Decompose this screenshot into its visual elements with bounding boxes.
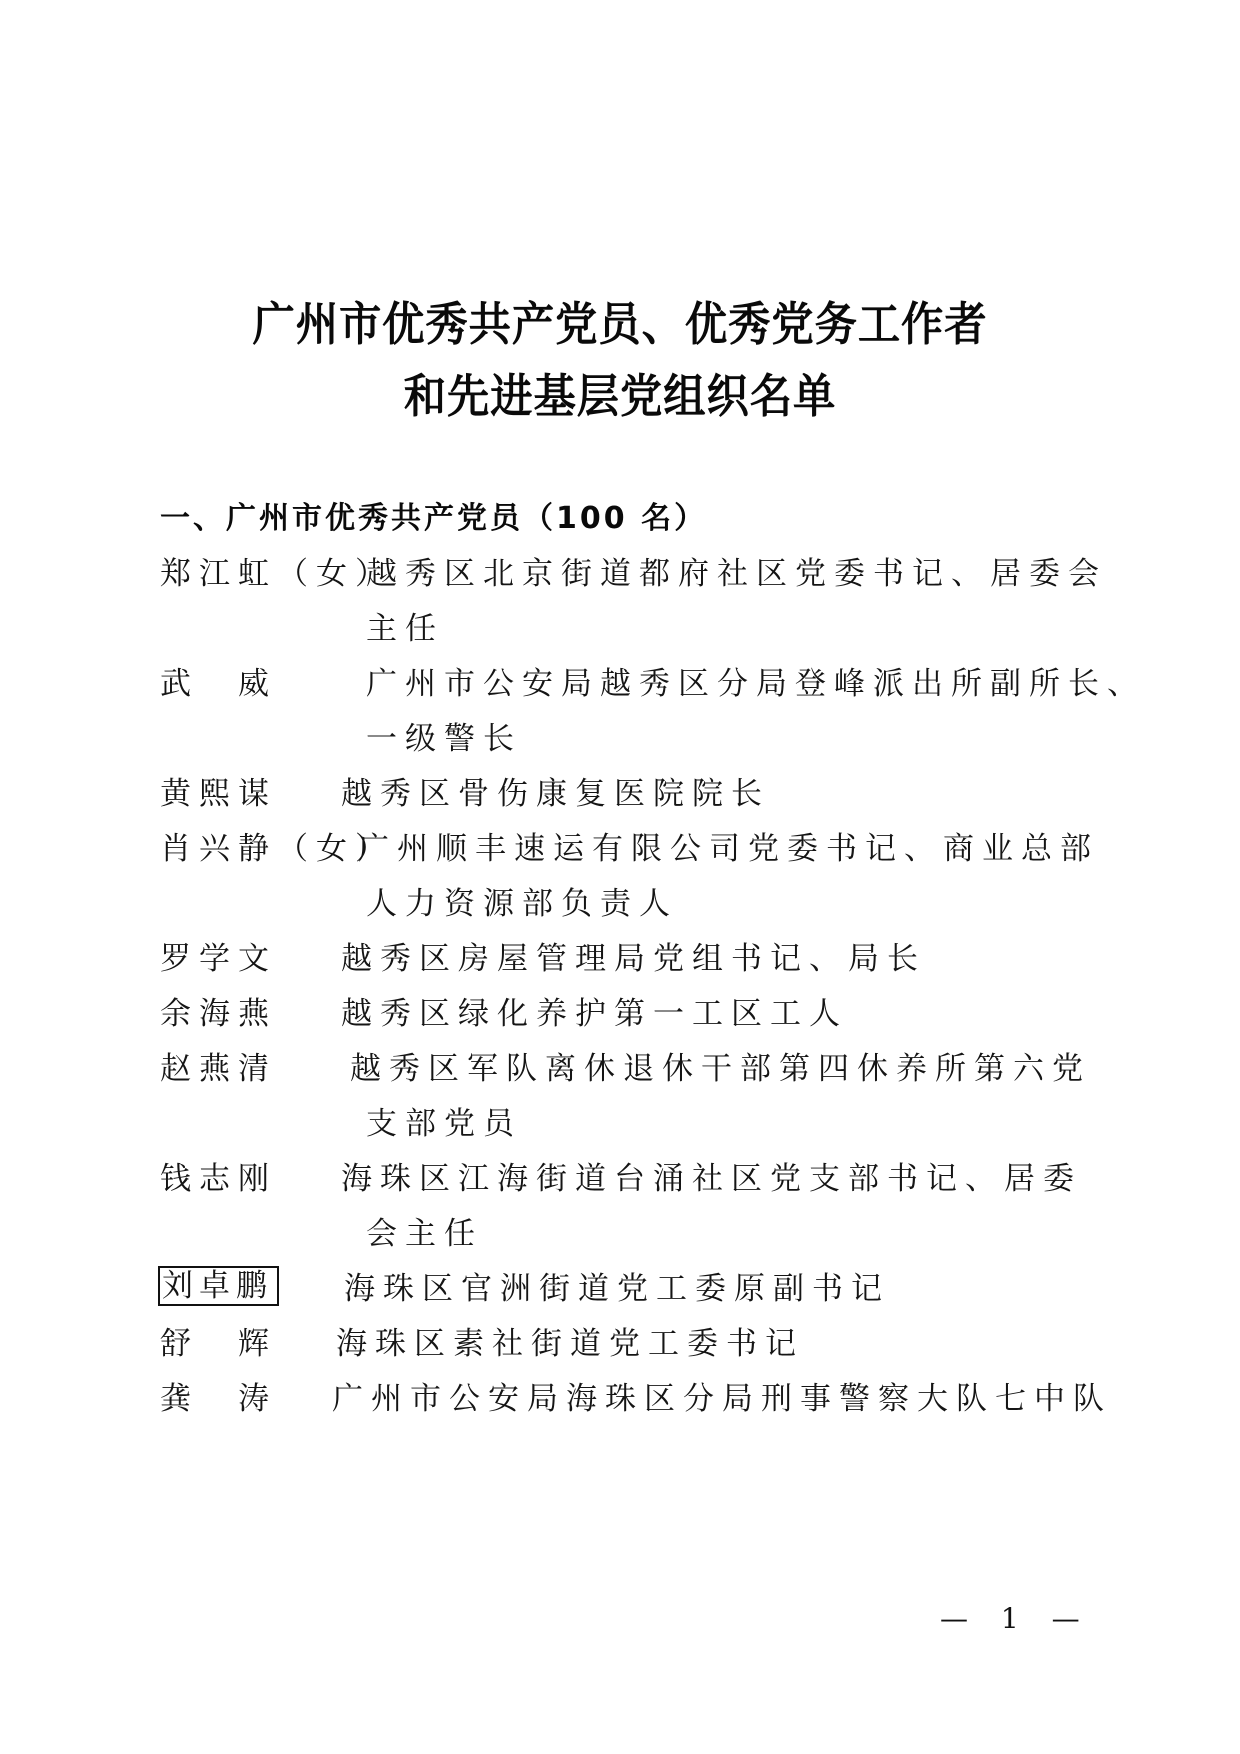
- entry-name-boxed: 刘卓鹏: [158, 1266, 279, 1306]
- section-heading: 一、广州市优秀共产党员（100 名）: [160, 493, 707, 537]
- document-title-line-2: 和先进基层党组织名单: [50, 360, 1191, 426]
- entry-description-line: 越秀区北京街道都府社区党委书记、居委会: [366, 548, 1107, 593]
- entry-description-line: 海珠区官洲街道党工委原副书记: [344, 1263, 890, 1308]
- entry-description-line: 支部党员: [366, 1098, 522, 1143]
- entry-description-line: 广州市公安局海珠区分局刑事警察大队七中队: [332, 1373, 1112, 1418]
- page-number: — 1 —: [940, 1602, 1092, 1635]
- document-page: 广州市优秀共产党员、优秀党务工作者 和先进基层党组织名单 一、广州市优秀共产党员…: [0, 0, 1240, 1754]
- entry-name-boxed-wrapper: 刘卓鹏: [160, 1260, 279, 1305]
- entry-description-line: 海珠区江海街道台涌社区党支部书记、居委: [341, 1153, 1082, 1198]
- entry-name: 郑江虹（女）: [160, 548, 394, 593]
- entry-name: 钱志刚: [160, 1153, 277, 1198]
- entry-name: 余海燕: [160, 988, 277, 1033]
- entry-description-line: 人力资源部负责人: [366, 878, 678, 923]
- entry-description-line: 越秀区绿化养护第一工区工人: [341, 988, 848, 1033]
- entry-name: 赵燕清: [160, 1043, 277, 1088]
- entry-description-line: 会主任: [366, 1208, 483, 1253]
- document-title-line-1: 广州市优秀共产党员、优秀党务工作者: [50, 288, 1191, 354]
- entry-name: 龚 涛: [160, 1373, 277, 1418]
- entry-name: 罗学文: [160, 933, 277, 978]
- entry-description-line: 越秀区骨伤康复医院院长: [341, 768, 770, 813]
- entry-description-line: 海珠区素社街道党工委书记: [336, 1318, 804, 1363]
- entry-description-line: 广州市公安局越秀区分局登峰派出所副所长、: [366, 658, 1146, 703]
- entry-name: 武 威: [160, 658, 277, 703]
- entry-description-line: 广州顺丰速运有限公司党委书记、商业总部: [358, 823, 1099, 868]
- entry-description-line: 主任: [366, 603, 444, 648]
- entry-name: 舒 辉: [160, 1318, 277, 1363]
- entry-description-line: 一级警长: [366, 713, 522, 758]
- entry-description-line: 越秀区房屋管理局党组书记、局长: [341, 933, 926, 978]
- entry-description-line: 越秀区军队离休退休干部第四休养所第六党: [350, 1043, 1091, 1088]
- entry-name: 黄熙谋: [160, 768, 277, 813]
